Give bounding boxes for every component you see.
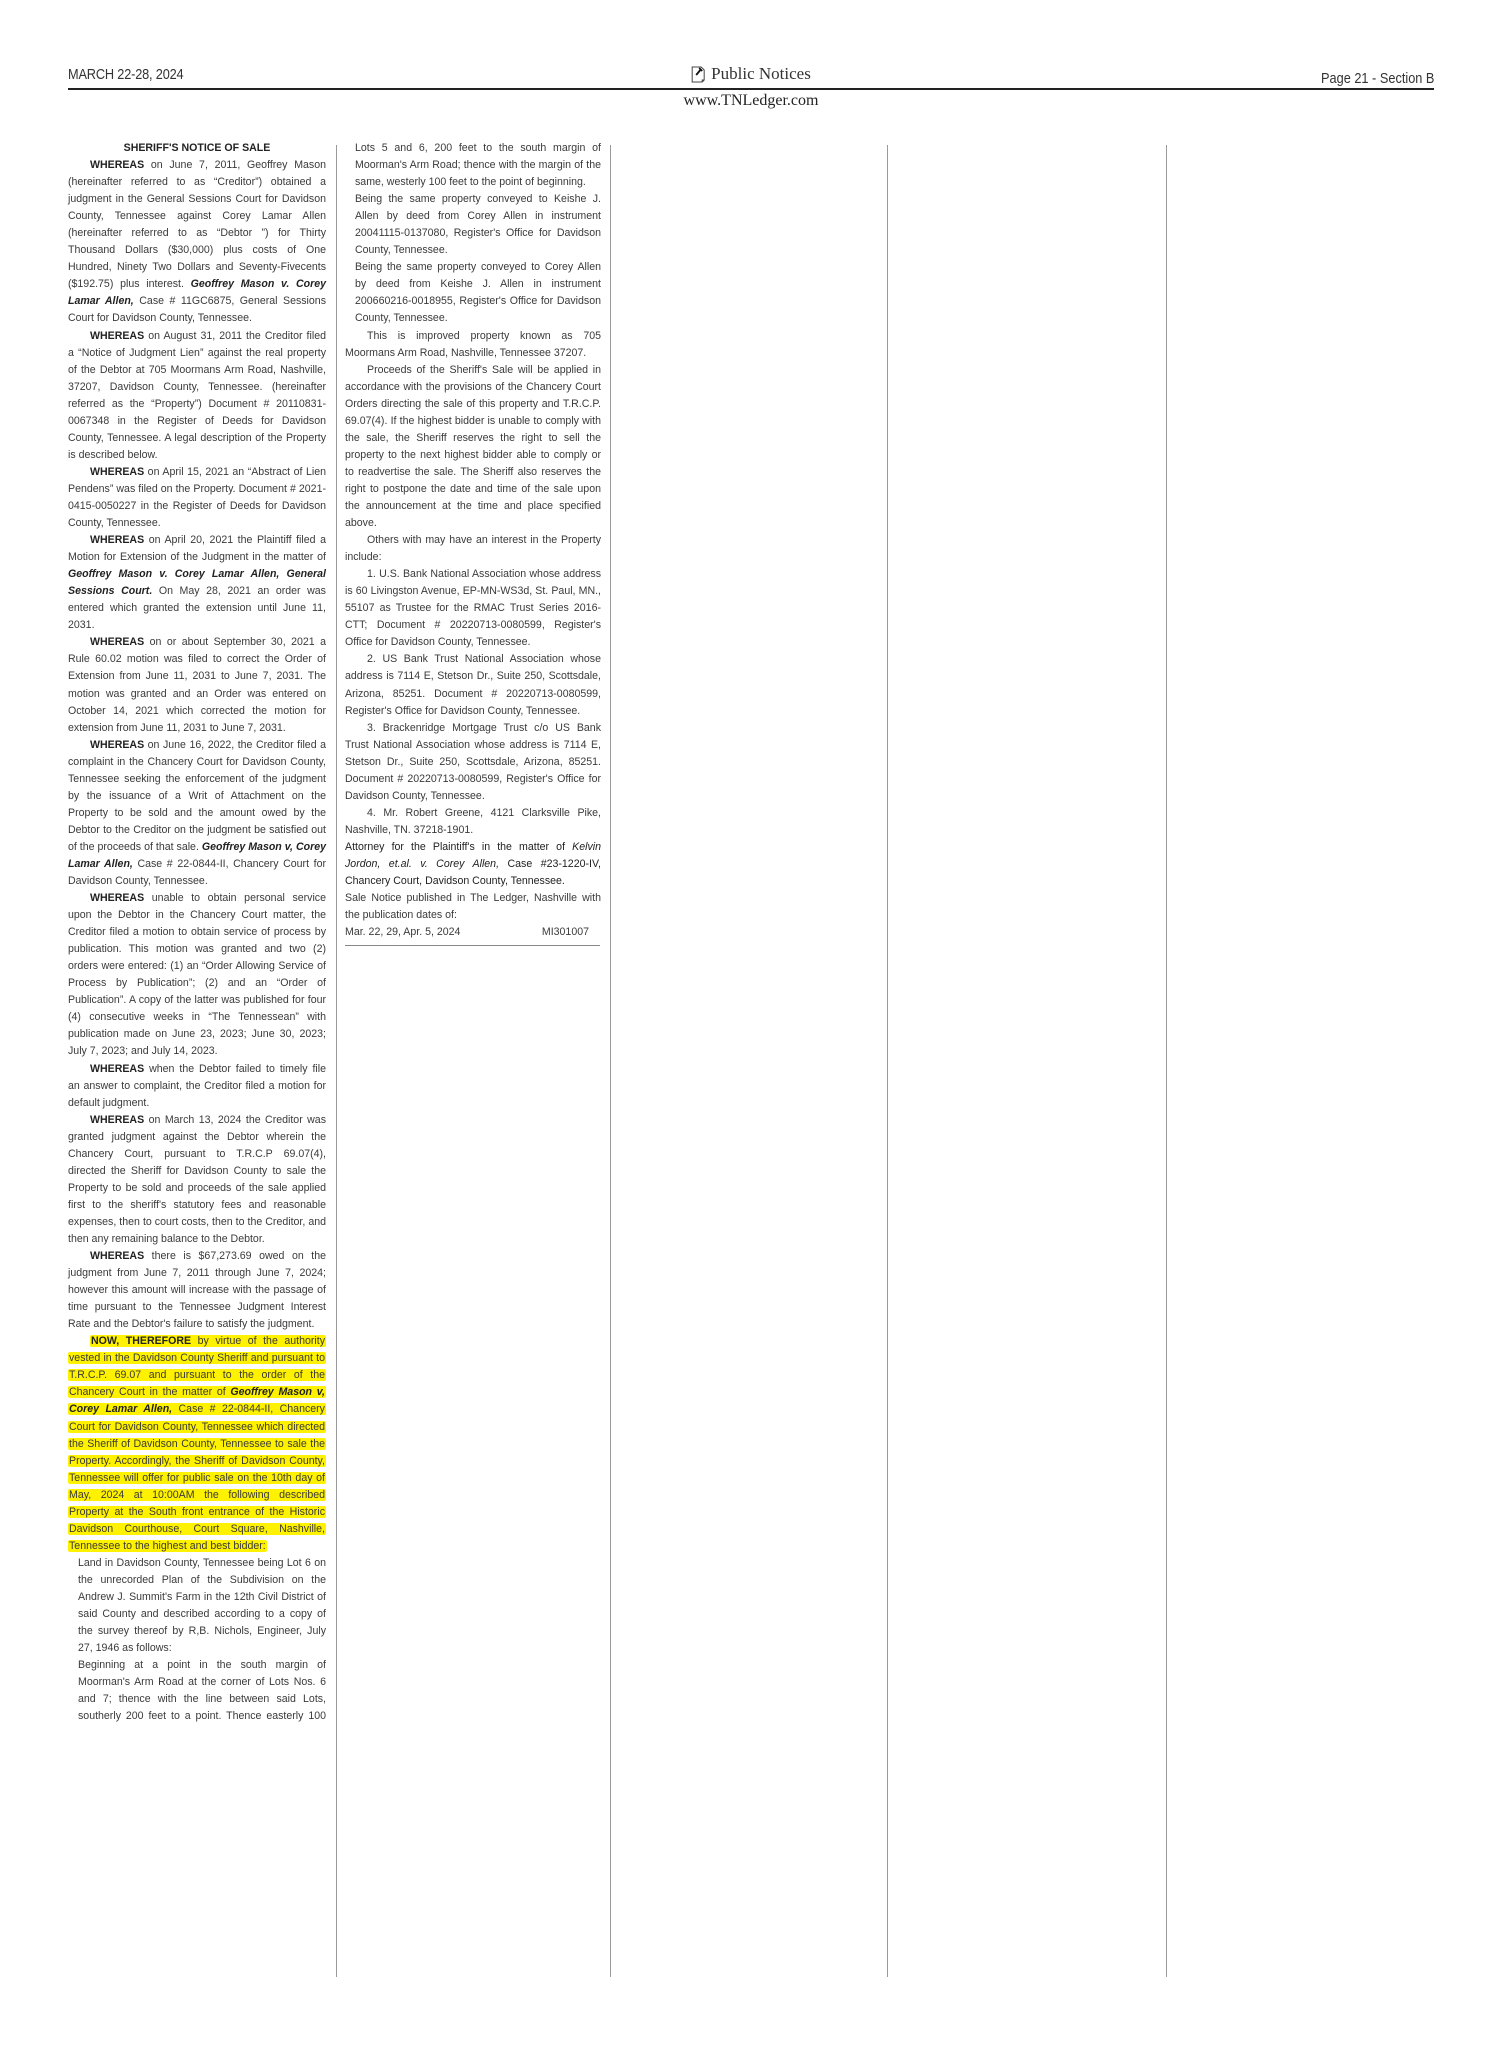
publication-dates-row: Mar. 22, 29, Apr. 5, 2024 MI301007 <box>345 924 601 941</box>
paragraph: WHEREAS on April 20, 2021 the Plaintiff … <box>68 532 326 634</box>
column-divider <box>610 145 611 1977</box>
paragraph: WHEREAS there is $67,273.69 owed on the … <box>68 1248 326 1333</box>
proceeds-paragraph: Proceeds of the Sheriff's Sale will be a… <box>345 362 601 532</box>
notice-title: SHERIFF'S NOTICE OF SALE <box>68 140 326 157</box>
legal-description: Land in Davidson County, Tennessee being… <box>68 1555 326 1657</box>
legal-description-continued: Lots 5 and 6, 200 feet to the south marg… <box>345 140 601 191</box>
interested-party: 2. US Bank Trust National Association wh… <box>345 651 601 719</box>
deed-reference: Being the same property conveyed to Core… <box>345 259 601 327</box>
legal-description-bounds: Beginning at a point in the south margin… <box>68 1657 326 1725</box>
interested-party: 4. Mr. Robert Greene, 4121 Clarksville P… <box>345 805 601 839</box>
paragraph: WHEREAS on or about September 30, 2021 a… <box>68 634 326 736</box>
paragraph: WHEREAS on June 7, 2011, Geoffrey Mason … <box>68 157 326 327</box>
notice-end-rule <box>345 945 600 946</box>
publication-line: Sale Notice published in The Ledger, Nas… <box>345 890 601 924</box>
interested-party: 1. U.S. Bank National Association whose … <box>345 566 601 651</box>
paragraph: WHEREAS on April 15, 2021 an “Abstract o… <box>68 464 326 532</box>
website-link[interactable]: www.TNLedger.com <box>684 92 819 110</box>
section-header: Public Notices <box>691 64 811 84</box>
paragraph: WHEREAS unable to obtain personal servic… <box>68 890 326 1060</box>
issue-date: MARCH 22-28, 2024 <box>68 66 183 83</box>
interested-parties-intro: Others with may have an interest in the … <box>345 532 601 566</box>
property-address: This is improved property known as 705 M… <box>345 328 601 362</box>
page-label: Page 21 - Section B <box>1321 70 1434 87</box>
attorney-line: Attorney for the Plaintiff's in the matt… <box>345 839 601 890</box>
column-divider <box>1166 145 1167 1977</box>
publication-dates: Mar. 22, 29, Apr. 5, 2024 <box>345 924 460 941</box>
section-title: Public Notices <box>711 64 811 84</box>
paragraph: WHEREAS on June 16, 2022, the Creditor f… <box>68 737 326 890</box>
paragraph: WHEREAS on March 13, 2024 the Creditor w… <box>68 1112 326 1248</box>
column-divider <box>887 145 888 1977</box>
column-divider <box>336 145 337 1977</box>
paragraph: WHEREAS on August 31, 2011 the Creditor … <box>68 328 326 464</box>
masthead: MARCH 22-28, 2024 Public Notices Page 21… <box>68 64 1434 116</box>
notice-column-1: SHERIFF'S NOTICE OF SALE WHEREAS on June… <box>68 140 326 1725</box>
deed-reference: Being the same property conveyed to Keis… <box>345 191 601 259</box>
paragraph: WHEREAS when the Debtor failed to timely… <box>68 1061 326 1112</box>
masthead-rule <box>68 88 1434 90</box>
interested-party: 3. Brackenridge Mortgage Trust c/o US Ba… <box>345 720 601 805</box>
publication-code: MI301007 <box>542 924 589 941</box>
highlighted-sale-paragraph: NOW, THEREFORE by virtue of the authorit… <box>68 1333 326 1555</box>
notice-column-2: Lots 5 and 6, 200 feet to the south marg… <box>345 140 601 946</box>
document-pin-icon <box>691 66 705 83</box>
